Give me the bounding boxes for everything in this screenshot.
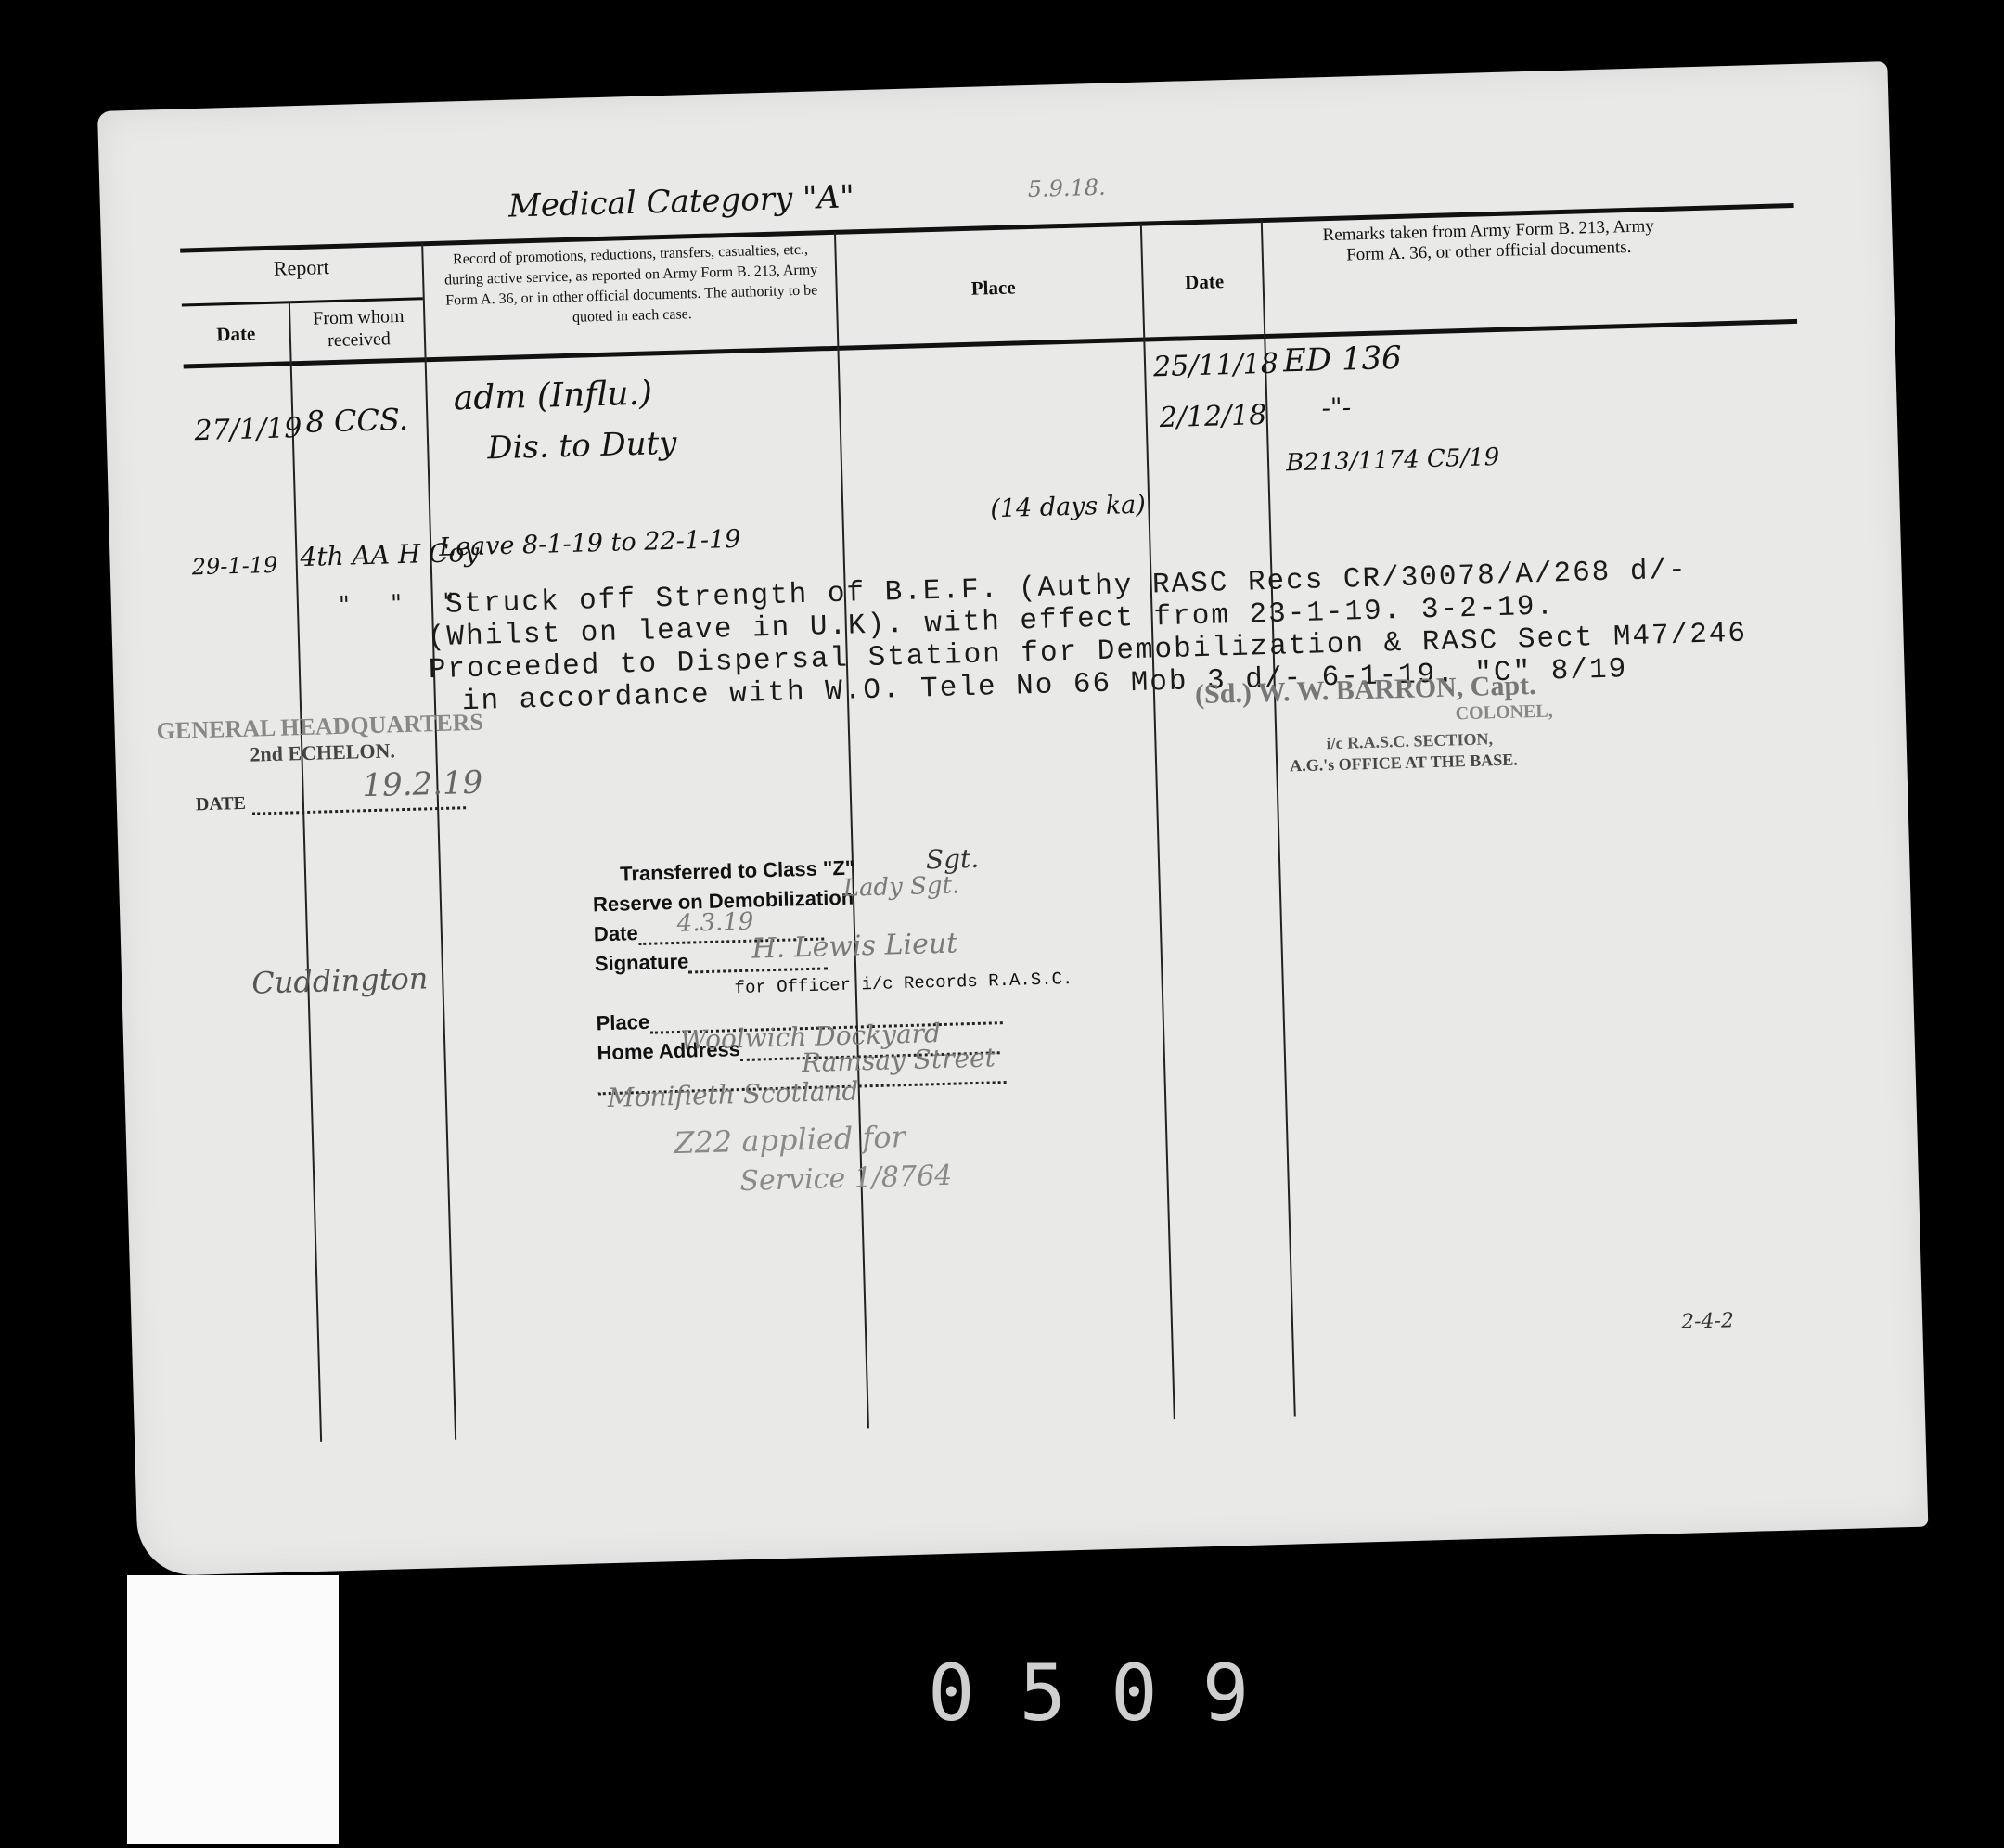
- entry1-report-date: 27/1/19: [194, 412, 302, 447]
- entry2-remarks: -"-: [1321, 391, 1352, 423]
- entry1-remarks: ED 136: [1282, 340, 1402, 380]
- entry1-record: adm (Influ.): [453, 374, 652, 417]
- demob-date-label: Date: [594, 921, 638, 945]
- pencil-note-line1: Z22 applied for: [674, 1119, 906, 1161]
- medical-category-note: Medical Category "A": [507, 178, 854, 225]
- col-divider-3: [834, 232, 869, 1429]
- header-record: Record of promotions, reductions, transf…: [435, 239, 827, 332]
- header-place: Place: [844, 273, 1142, 304]
- medical-category-date: 5.9.18.: [1027, 174, 1106, 202]
- header-remarks: Remarks taken from Army Form B. 213, Arm…: [1307, 216, 1670, 267]
- demob-date-value: 4.3.19: [676, 908, 754, 938]
- demob-class-label: Transferred to Class "Z": [620, 856, 855, 886]
- entry1-from-whom: 8 CCS.: [305, 402, 408, 440]
- col-divider-2: [421, 243, 456, 1440]
- margin-note: Cuddington: [251, 960, 429, 1000]
- col-divider-1: [289, 301, 322, 1442]
- ghq-date-label: DATE: [196, 793, 247, 815]
- demob-place-label: Place: [596, 1010, 649, 1035]
- demob-reserve-value: Lady Sgt.: [842, 871, 959, 902]
- entry4-record: Leave 8-1-19 to 22-1-19: [439, 525, 741, 562]
- pencil-note-line2: Service 1/8764: [739, 1160, 953, 1198]
- header-report: Report: [180, 252, 422, 283]
- demob-class-value: Sgt.: [925, 843, 979, 876]
- demob-signature-value: H. Lewis Lieut: [751, 927, 958, 965]
- header-report-date: Date: [182, 321, 289, 347]
- header-from-whom: From whom received: [293, 304, 424, 353]
- service-record-card: Medical Category "A" 5.9.18. Report Date…: [97, 61, 1928, 1576]
- entry3-remarks: B213/1174 C5/19: [1286, 443, 1500, 477]
- signature-stamp-rank: COLONEL,: [1455, 700, 1553, 725]
- demob-signature-label: Signature: [595, 950, 689, 976]
- entry2-record: Dis. to Duty: [487, 425, 677, 468]
- demob-home-line2: Monifieth Scotland: [607, 1076, 858, 1114]
- ghq-date-value: 19.2.19: [362, 764, 483, 805]
- signature-stamp: (Sd.) W. W. BARRON, Capt. COLONEL, i/c R…: [1195, 669, 1555, 778]
- calibration-tile: [127, 1575, 339, 1844]
- entry2-date: 2/12/18: [1159, 399, 1267, 434]
- entry1-date: 25/11/18: [1153, 348, 1279, 384]
- demob-home-line1: Ramsay Street: [801, 1042, 996, 1078]
- frame-counter: 0509: [928, 1648, 1293, 1739]
- entry4-report-date: 29-1-19: [191, 552, 277, 581]
- corner-mark: 2-4-2: [1681, 1309, 1735, 1334]
- header-date: Date: [1146, 269, 1263, 295]
- entry4-place: (14 days ka): [990, 491, 1146, 524]
